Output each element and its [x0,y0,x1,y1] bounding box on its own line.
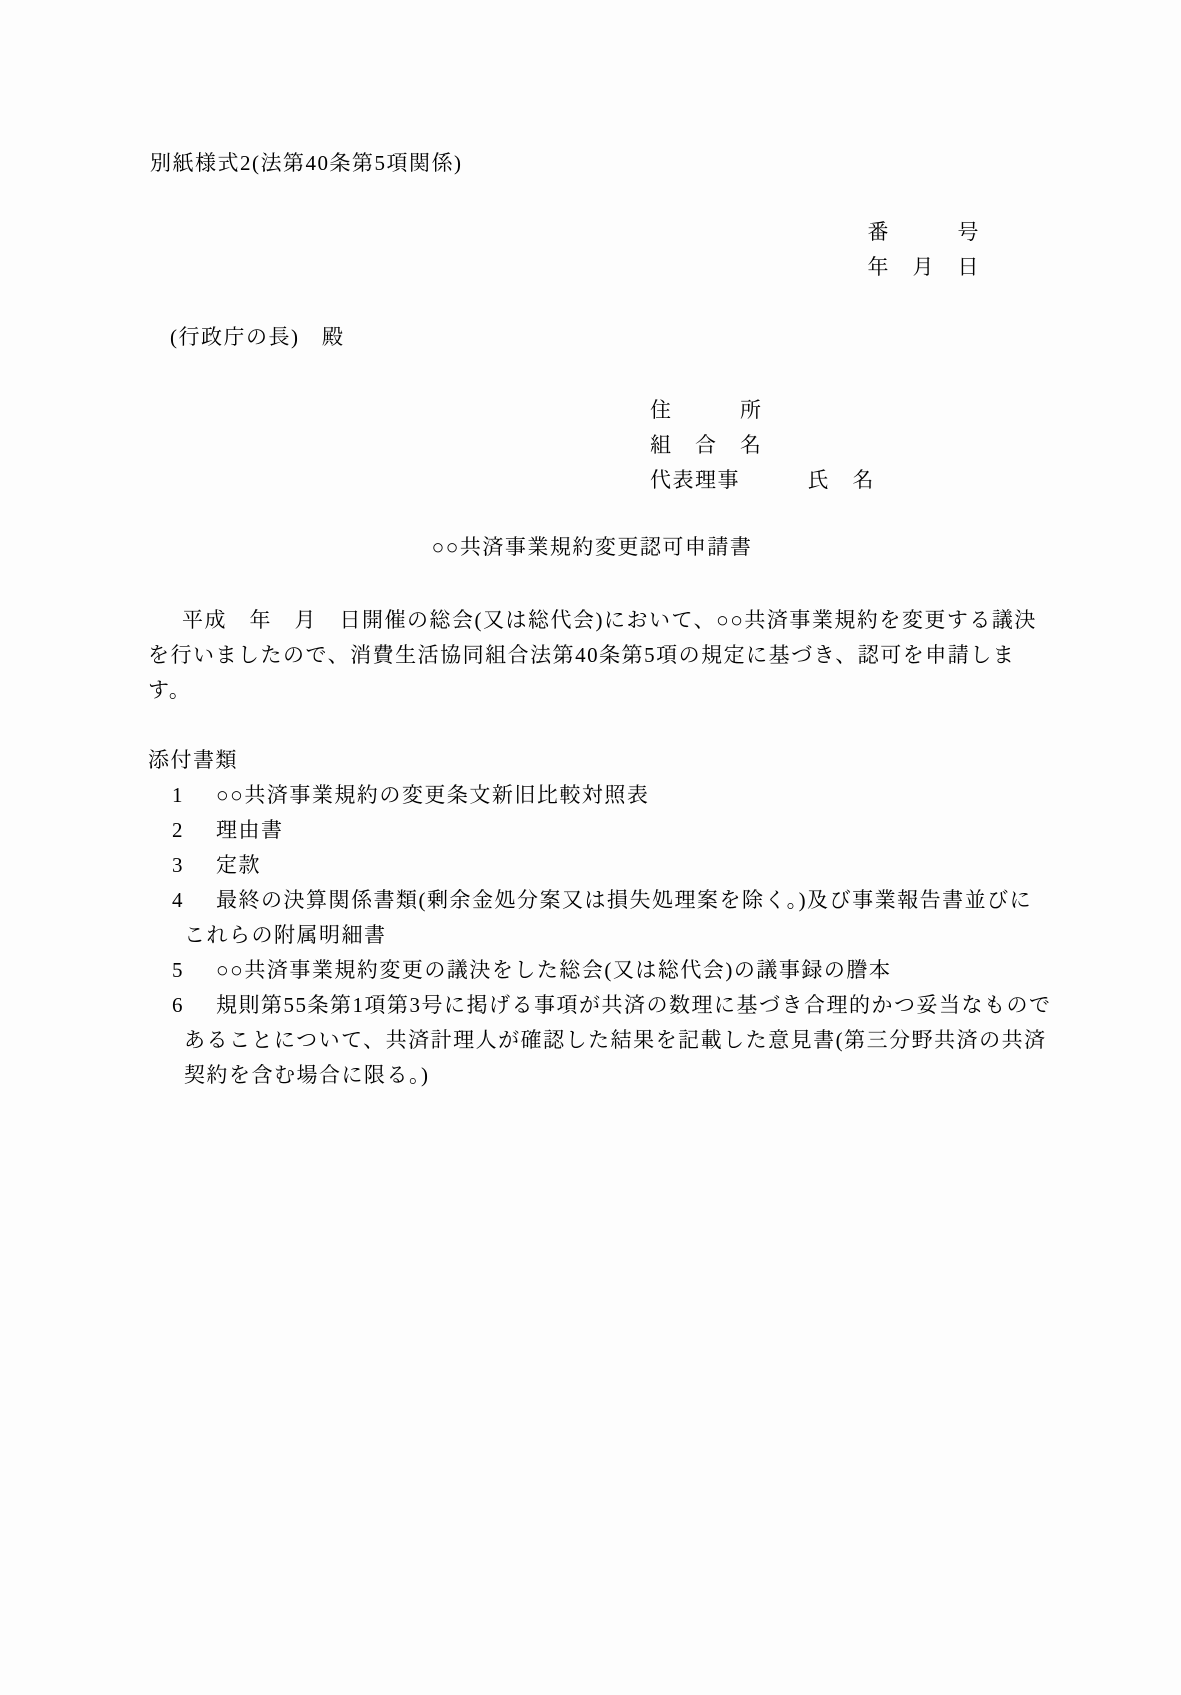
attachment-item-6-text: 規則第55条第1項第3号に掲げる事項が共済の数理に基づき合理的かつ妥当なもので [216,993,1052,1017]
body-paragraph-line-1: 平成 年 月 日開催の総会(又は総代会)において、○○共済事業規約を変更する議決 [148,603,1036,638]
attachment-item-6-continuation-2: 契約を含む場合に限る。) [148,1058,1036,1093]
attachment-item-5-number: 5 [172,953,216,988]
attachment-item-6-continuation-1: あることについて、共済計理人が確認した結果を記載した意見書(第三分野共済の共済 [148,1023,1036,1058]
attachment-item-3-text: 定款 [216,853,261,877]
document-title: ○○共済事業規約変更認可申請書 [148,530,1036,565]
attachment-item-1: 1○○共済事業規約の変更条文新旧比較対照表 [148,778,1036,813]
attachments-heading: 添付書類 [148,743,1036,778]
attachments-section: 添付書類 1○○共済事業規約の変更条文新旧比較対照表 2理由書 3定款 4最終の… [148,743,1036,1093]
attachment-item-2: 2理由書 [148,813,1036,848]
attachment-item-1-text: ○○共済事業規約の変更条文新旧比較対照表 [216,783,649,807]
attachment-item-6: 6規則第55条第1項第3号に掲げる事項が共済の数理に基づき合理的かつ妥当なもので [148,988,1036,1023]
attachment-item-6-number: 6 [172,988,216,1023]
sender-address-label: 住 所 [650,393,1036,428]
attachment-item-2-number: 2 [172,813,216,848]
body-paragraph-line-3: す。 [148,673,1036,708]
body-paragraph-line-2: を行いましたので、消費生活協同組合法第40条第5項の規定に基づき、認可を申請しま [148,638,1036,673]
attachment-item-3: 3定款 [148,848,1036,883]
attachment-item-3-number: 3 [172,848,216,883]
document-page: 別紙様式2(法第40条第5項関係) 番 号 年 月 日 (行政庁の長) 殿 住 … [0,0,1181,1695]
attachment-item-4-number: 4 [172,883,216,918]
attachment-item-5-text: ○○共済事業規約変更の議決をした総会(又は総代会)の議事録の謄本 [216,958,891,982]
document-number-line: 番 号 [148,215,980,250]
attachment-item-5: 5○○共済事業規約変更の議決をした総会(又は総代会)の議事録の謄本 [148,953,1036,988]
document-number-block: 番 号 年 月 日 [148,215,1036,285]
recipient-line: (行政庁の長) 殿 [170,320,1036,355]
attachment-item-2-text: 理由書 [216,818,284,842]
sender-block: 住 所 組 合 名 代表理事 氏 名 [650,393,1036,498]
body-paragraph: 平成 年 月 日開催の総会(又は総代会)において、○○共済事業規約を変更する議決… [148,603,1036,708]
document-date-line: 年 月 日 [148,250,980,285]
attachment-item-1-number: 1 [172,778,216,813]
attachment-item-4-text: 最終の決算関係書類(剰余金処分案又は損失処理案を除く。)及び事業報告書並びに [216,888,1032,912]
form-id-line: 別紙様式2(法第40条第5項関係) [150,146,1036,181]
sender-org-name-label: 組 合 名 [650,428,1036,463]
attachment-item-4-continuation: これらの附属明細書 [148,918,1036,953]
sender-representative-label: 代表理事 氏 名 [650,463,1036,498]
attachment-item-4: 4最終の決算関係書類(剰余金処分案又は損失処理案を除く。)及び事業報告書並びに [148,883,1036,918]
